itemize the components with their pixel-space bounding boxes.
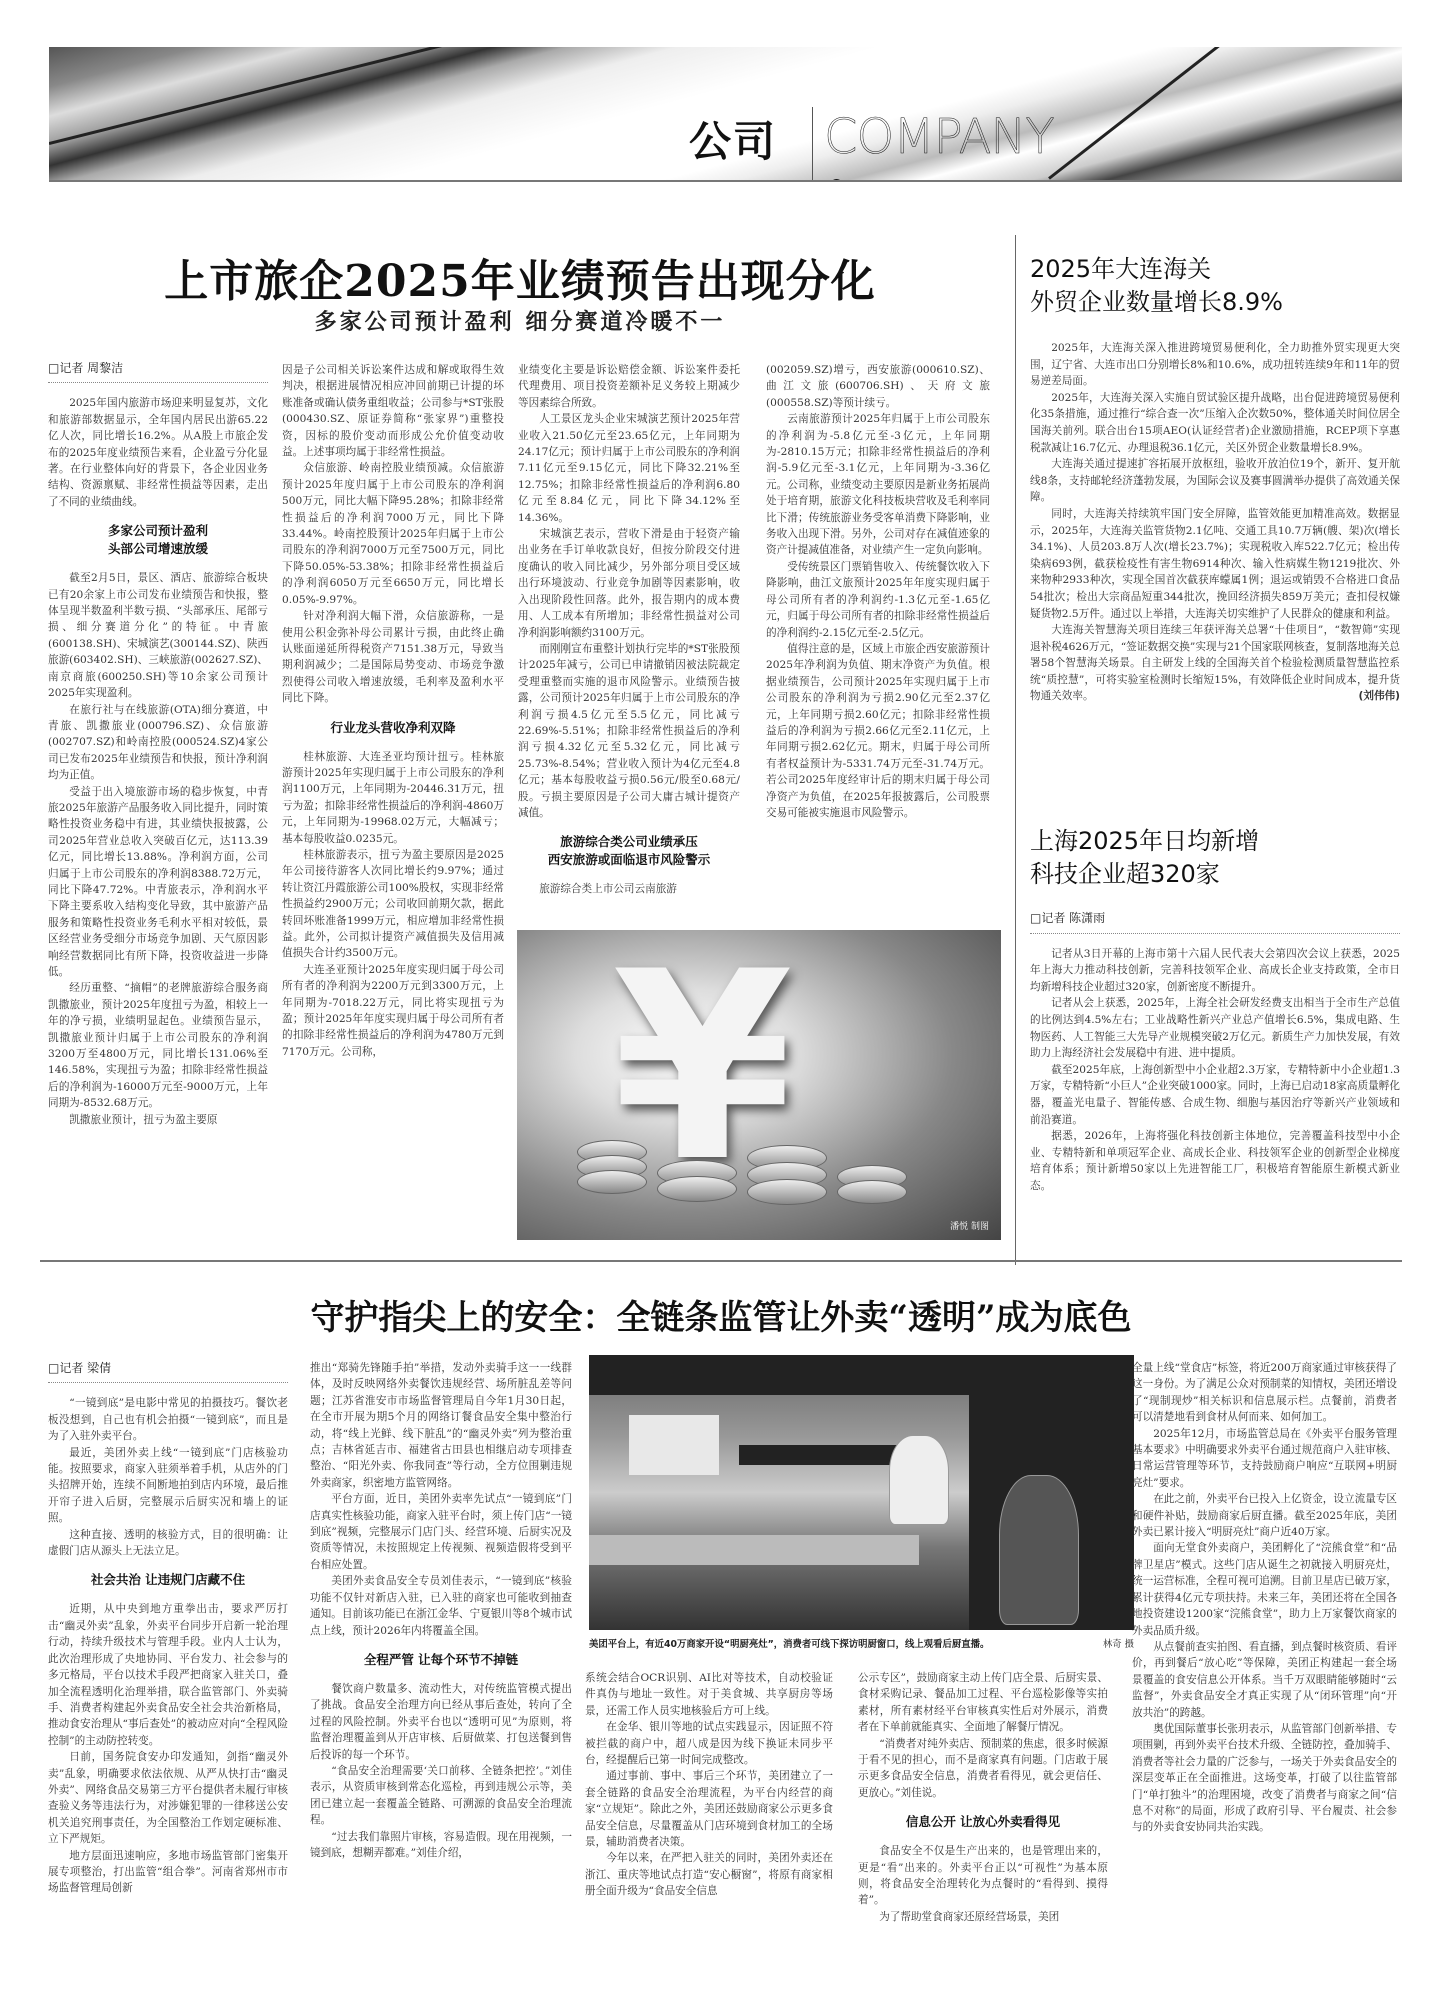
page-number: 7: [828, 179, 845, 182]
paragraph: 桂林旅游表示，扭亏为盈主要原因是2025年公司接待游客人次同比增长约9.97%；…: [282, 847, 504, 962]
paragraph: 旅游综合类上市公司云南旅游: [518, 881, 740, 897]
paragraph: 奥优国际董事长张玥表示，从监管部门创新举措、专项围剿，再到外卖平台技术升级、全链…: [1132, 1721, 1397, 1836]
paragraph: 在此之前，外卖平台已投入上亿资金，设立流量专区和硬件补贴，鼓励商家后厨直播。截至…: [1132, 1491, 1397, 1540]
sidebar2-byline: □记者 陈潇雨: [1030, 910, 1400, 934]
article2-column-4: 公示专区”，鼓励商家主动上传门店全景、后厨实景、食材采购记录、餐品加工过程、平台…: [858, 1670, 1108, 1925]
sidebar2-title-line1: 上海2025年日均新增: [1030, 825, 1259, 858]
paragraph: 记者从3日开幕的上海市第十六届人民代表大会第四次会议上获悉，2025年上海大力推…: [1030, 946, 1400, 996]
counter-shape: [589, 1535, 919, 1565]
paragraph: 值得注意的是，区域上市旅企西安旅游预计2025年净利润为负值、期末净资产为负值。…: [766, 641, 990, 821]
author-signoff: (刘伟伟): [1337, 688, 1400, 705]
menu-board-shape: [629, 1415, 719, 1475]
paragraph: 2025年，大连海关深入实施自贸试验区提升战略，出台促进跨境贸易便利化35条措施…: [1030, 390, 1400, 456]
paragraph: 日前，国务院食安办印发通知，剑指“幽灵外卖”乱象，明确要求依法依规、从严从快打击…: [48, 1749, 288, 1847]
paragraph: 记者从会上获悉，2025年，上海全社会研发经费支出相当于全市生产总值的比例达到4…: [1030, 995, 1400, 1061]
paragraph: 大连海关智慧海关项目连续三年获评海关总署“十佳项目”，“数智筛”实现退补税462…: [1030, 622, 1400, 705]
paragraph: 经历重整、“摘帽”的老牌旅游综合服务商凯撒旅业，预计2025年度扭亏为盈，相较上…: [48, 980, 268, 1111]
section-title: 公司: [689, 109, 777, 169]
paragraph: 据悉，2026年，上海将强化科技创新主体地位，完善覆盖科技型中小企业、专精特新和…: [1030, 1128, 1400, 1194]
article1-title: 上市旅企2025年业绩预告出现分化: [40, 245, 1000, 309]
coin-icon: [837, 1180, 907, 1204]
article2-byline: □记者 梁倩: [48, 1360, 288, 1383]
article1-column-1: □记者 周黎洁 2025年国内旅游市场迎来明显复苏，文化和旅游部数据显示，全年国…: [48, 360, 268, 1128]
sidebar1-title-line1: 2025年大连海关: [1030, 253, 1283, 286]
paragraph: 从点餐前查实拍图、看直播，到点餐时核资质、看评价，再到餐后“放心吃”等保障，美团…: [1132, 1639, 1397, 1721]
paragraph: 业绩变化主要是诉讼赔偿金额、诉讼案件委托代理费用、项目投资差额补足义务较上期减少…: [518, 362, 740, 411]
sidebar1-body: 2025年，大连海关深入推进跨境贸易便利化，全力助推外贸实现更大突围，辽宁省、大…: [1030, 340, 1400, 705]
paragraph: 宋城演艺表示，营收下滑是由于轻资产输出业务在手订单收款良好，但按分阶段交付进度确…: [518, 526, 740, 641]
decorative-stripe: [49, 47, 554, 145]
article1-column-3: 业绩变化主要是诉讼赔偿金额、诉讼案件委托代理费用、项目投资差额补足义务较上期减少…: [518, 362, 740, 898]
paragraph: 人工景区龙头企业宋城演艺预计2025年营业收入21.50亿元至23.65亿元，上…: [518, 411, 740, 526]
sidebar2-title: 上海2025年日均新增 科技企业超320家: [1030, 825, 1259, 891]
paragraph: 众信旅游、岭南控股业绩预减。众信旅游预计2025年度归属于上市公司股东的净利润5…: [282, 460, 504, 608]
paragraph: 受传统景区门票销售收入、传统餐饮收入下降影响，曲江文旅预计2025年年度实现归属…: [766, 559, 990, 641]
chef-figure: [889, 1435, 949, 1525]
paragraph: 截至2025年底，上海创新型中小企业超2.3万家，专精特新中小企业超1.3万家，…: [1030, 1062, 1400, 1128]
photo-caption: 美团平台上，有近40万商家开设“明厨亮灶”，消费者可线下探访明厨窗口，线上观看后…: [589, 1636, 1134, 1650]
article1-subtitle: 多家公司预计盈利 细分赛道冷暖不一: [40, 305, 1000, 336]
paragraph: 在旅行社与在线旅游(OTA)细分赛道，中青旅、凯撒旅业(000796.SZ)、众…: [48, 702, 268, 784]
paragraph: 面向无堂食外卖商户，美团孵化了“浣熊食堂”和“品牌卫星店”模式。这些门店从诞生之…: [1132, 1540, 1397, 1638]
paragraph: (002059.SZ)增亏，西安旅游(000610.SZ)、曲江文旅(60070…: [766, 362, 990, 411]
paragraph: 2025年12月，市场监管总局在《外卖平台服务管理基本要求》中明确要求外卖平台通…: [1132, 1426, 1397, 1492]
article2-column-3: 系统会结合OCR识别、AI比对等技术，自动校验证件真伪与地址一致性。对于美食城、…: [585, 1670, 833, 1900]
caption-text: 美团平台上，有近40万商家开设“明厨亮灶”，消费者可线下探访明厨窗口，线上观看后…: [589, 1639, 989, 1650]
article1-column-2: 因是子公司相关诉讼案件达成和解或取得生效判决，根据进展情况相应冲回前期已计提的坏…: [282, 362, 504, 1060]
paragraph: 系统会结合OCR识别、AI比对等技术，自动校验证件真伪与地址一致性。对于美食城、…: [585, 1670, 833, 1719]
paragraph: 这种直接、透明的核验方式，目的很明确：让虚假门店从源头上无法立足。: [48, 1527, 288, 1560]
paragraph: 云南旅游预计2025年归属于上市公司股东的净利润为-5.8亿元至-3亿元，上年同…: [766, 411, 990, 559]
paragraph: “食品安全治理需要‘关口前移、全链条把控’。”刘佳表示，从资质审核到常态化巡检，…: [310, 1763, 572, 1829]
decorative-stripe: [1048, 47, 1381, 180]
section-heading: 行业龙头营收净利双降: [282, 719, 504, 737]
article1-byline: □记者 周黎洁: [48, 360, 268, 383]
paragraph: 而刚刚宣布重整计划执行完毕的*ST张股预计2025年减亏，公司已申请撤销因被法院…: [518, 641, 740, 821]
section-heading: 全程严管 让每个环节不掉链: [310, 1651, 572, 1669]
worker-figure: [999, 1475, 1079, 1625]
yen-coins-illustration: ¥ 潘悦 制图: [517, 930, 1001, 1240]
paragraph: 截至2月5日，景区、酒店、旅游综合板块已有20余家上市公司发布业绩预告和快报，整…: [48, 570, 268, 701]
page-masthead: 公司 COMPANY 7 ■2026/0209/星期一/责编 申楠 经济参考报: [49, 47, 1402, 182]
sidebar2-body: □记者 陈潇雨 记者从3日开幕的上海市第十六届人民代表大会第四次会议上获悉，20…: [1030, 910, 1400, 1195]
article2-column-5: 全量上线“堂食店”标签，将近200万商家通过审核获得了这一身份。为了满足公众对预…: [1132, 1360, 1397, 1836]
paragraph: “一镜到底”是电影中常见的拍摄技巧。餐饮老板没想到，自己也有机会拍摄“一镜到底”…: [48, 1395, 288, 1444]
sidebar2-title-line2: 科技企业超320家: [1030, 858, 1259, 891]
article2-title: 守护指尖上的安全：全链条监管让外卖“透明”成为底色: [40, 1290, 1402, 1339]
paragraph: 地方层面迅速响应，多地市场监管部门密集开展专项整治，打出监管“组合拳”。河南省郑…: [48, 1848, 288, 1897]
paragraph: 2025年，大连海关深入推进跨境贸易便利化，全力助推外贸实现更大突围，辽宁省、大…: [1030, 340, 1400, 390]
image-credit: 潘悦 制图: [950, 1219, 989, 1232]
paragraph: 平台方面，近日，美团外卖率先试点“一镜到底”门店真实性核验功能，商家入驻平台时，…: [310, 1491, 572, 1573]
hood-shape: [739, 1445, 899, 1465]
paragraph: 推出“郑骑先锋随手拍”举措，发动外卖骑手这一一线群体，及时反映网络外卖餐饮违规经…: [310, 1360, 572, 1491]
column-divider: [1015, 235, 1016, 1265]
sidebar1-title: 2025年大连海关 外贸企业数量增长8.9%: [1030, 253, 1283, 319]
paragraph: 同时，大连海关持续筑牢国门安全屏障，监管效能更加精准高效。数据显示，2025年，…: [1030, 506, 1400, 622]
paragraph: 餐饮商户数量多、流动性大，对传统监管模式提出了挑战。食品安全治理方向已经从事后查…: [310, 1681, 572, 1763]
paragraph: 美团外卖食品安全专员刘佳表示，“一镜到底”核验功能不仅针对新店入驻，已入驻的商家…: [310, 1573, 572, 1639]
paragraph: 通过事前、事中、事后三个环节，美团建立了一套全链路的食品安全治理流程，为平台内经…: [585, 1768, 833, 1850]
paragraph: “消费者对纯外卖店、预制菜的焦虑，很多时候源于看不见的担心，而不是商家真有问题。…: [858, 1736, 1108, 1802]
coin-icon: [747, 1179, 827, 1205]
section-heading: 信息公开 让放心外卖看得见: [858, 1813, 1108, 1831]
paragraph: 大连圣亚预计2025年度实现归属于母公司所有者的净利润为2200万元到3300万…: [282, 962, 504, 1060]
paragraph: 受益于出入境旅游市场的稳步恢复，中青旅2025年旅游产品服务收入同比提升，同时策…: [48, 784, 268, 981]
paragraph: 食品安全不仅是生产出来的，也是管理出来的，更是“看”出来的。外卖平台正以“可视性…: [858, 1843, 1108, 1909]
paragraph: 最近，美团外卖上线“一镜到底”门店核验功能。按照要求，商家入驻须举着手机，从店外…: [48, 1445, 288, 1527]
section-heading: 社会共治 让违规门店藏不住: [48, 1571, 288, 1589]
ceiling-shape: [589, 1355, 1134, 1395]
paragraph: 为了帮助堂食商家还原经营场景，美团: [858, 1909, 1108, 1925]
article2-column-2: 推出“郑骑先锋随手拍”举措，发动外卖骑手这一一线群体，及时反映网络外卖餐饮违规经…: [310, 1360, 572, 1861]
open-kitchen-photo: [589, 1355, 1134, 1630]
photo-credit: 林奇 摄: [1103, 1636, 1134, 1650]
section-heading: 旅游综合类公司业绩承压 西安旅游或面临退市风险警示: [518, 833, 740, 869]
paragraph: 大连海关通过提速扩容拓展开放枢纽，验收开放泊位19个，新开、复开航线8条，支持邮…: [1030, 456, 1400, 506]
paragraph: 因是子公司相关诉讼案件达成和解或取得生效判决，根据进展情况相应冲回前期已计提的坏…: [282, 362, 504, 460]
masthead-divider: [812, 107, 813, 182]
article2-column-1: □记者 梁倩 “一镜到底”是电影中常见的拍摄技巧。餐饮老板没想到，自己也有机会拍…: [48, 1360, 288, 1897]
sidebar1-title-line2: 外贸企业数量增长8.9%: [1030, 286, 1283, 319]
paragraph: 2025年国内旅游市场迎来明显复苏，文化和旅游部数据显示，全年国内居民出游65.…: [48, 395, 268, 510]
section-divider: [40, 1260, 1402, 1262]
paragraph: 公示专区”，鼓励商家主动上传门店全景、后厨实景、食材采购记录、餐品加工过程、平台…: [858, 1670, 1108, 1736]
paragraph: 在金华、银川等地的试点实践显示，因证照不符被拦截的商户中，超八成是因为线下换证未…: [585, 1719, 833, 1768]
coin-icon: [657, 1176, 737, 1202]
coin-icon: [577, 1170, 647, 1194]
paragraph: 今年以来，在严把入驻关的同时，美团外卖还在浙江、重庆等地试点打造“安心橱窗”，将…: [585, 1850, 833, 1899]
paragraph: 近期，从中央到地方重拳出击，要求严厉打击“幽灵外卖”乱象，外卖平台同步开启新一轮…: [48, 1601, 288, 1749]
paragraph: “过去我们靠照片审核，容易造假。现在用视频，一镜到底，想糊弄都难。”刘佳介绍，: [310, 1829, 572, 1862]
paragraph: 全量上线“堂食店”标签，将近200万商家通过审核获得了这一身份。为了满足公众对预…: [1132, 1360, 1397, 1426]
paragraph: 凯撒旅业预计，扭亏为盈主要原: [48, 1112, 268, 1128]
paragraph: 针对净利润大幅下滑，众信旅游称，一是使用公积金弥补母公司累计亏损，由此终止确认账…: [282, 608, 504, 706]
article1-column-4: (002059.SZ)增亏，西安旅游(000610.SZ)、曲江文旅(60070…: [766, 362, 990, 821]
section-title-en: COMPANY: [824, 109, 1054, 165]
paragraph: 桂林旅游、大连圣亚均预计扭亏。桂林旅游预计2025年实现归属于上市公司股东的净利…: [282, 749, 504, 847]
section-heading: 多家公司预计盈利 头部公司增速放缓: [48, 522, 268, 558]
